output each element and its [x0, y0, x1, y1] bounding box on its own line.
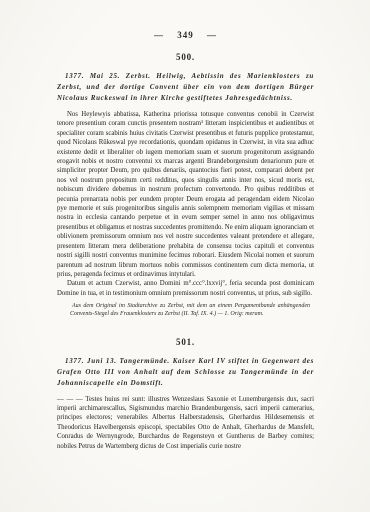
entry-500-datum-paragraph: Datum et actum Czerwist, anno Domini m°.…	[57, 279, 314, 298]
entry-heading-500: 1377. Mai 25. Zerbst. Heilwig, Aebtissin…	[57, 71, 314, 104]
scan-artifact-speck	[186, 446, 190, 448]
scanned-document-page: — 349 — 500. 1377. Mai 25. Zerbst. Heilw…	[0, 0, 370, 512]
charter-entry-500: 500. 1377. Mai 25. Zerbst. Heilwig, Aebt…	[57, 52, 314, 319]
entry-500-source-footnote: Aus dem Original im Stadtarchive zu Zerb…	[70, 302, 310, 318]
entry-number-500: 500.	[57, 52, 314, 62]
charter-entry-501: 501. 1377. Juni 13. Tangermünde. Kaiser …	[57, 337, 314, 451]
entry-heading-501: 1377. Juni 13. Tangermünde. Kaiser Karl …	[57, 356, 314, 389]
page-number: — 349 —	[57, 30, 314, 40]
entry-500-body-paragraph: Nos Heylewyis abbatissa, Katherina prior…	[57, 110, 314, 279]
entry-number-501: 501.	[57, 337, 314, 347]
entry-501-body-paragraph: — — — Testes huius rei sunt: illustres W…	[57, 395, 314, 451]
